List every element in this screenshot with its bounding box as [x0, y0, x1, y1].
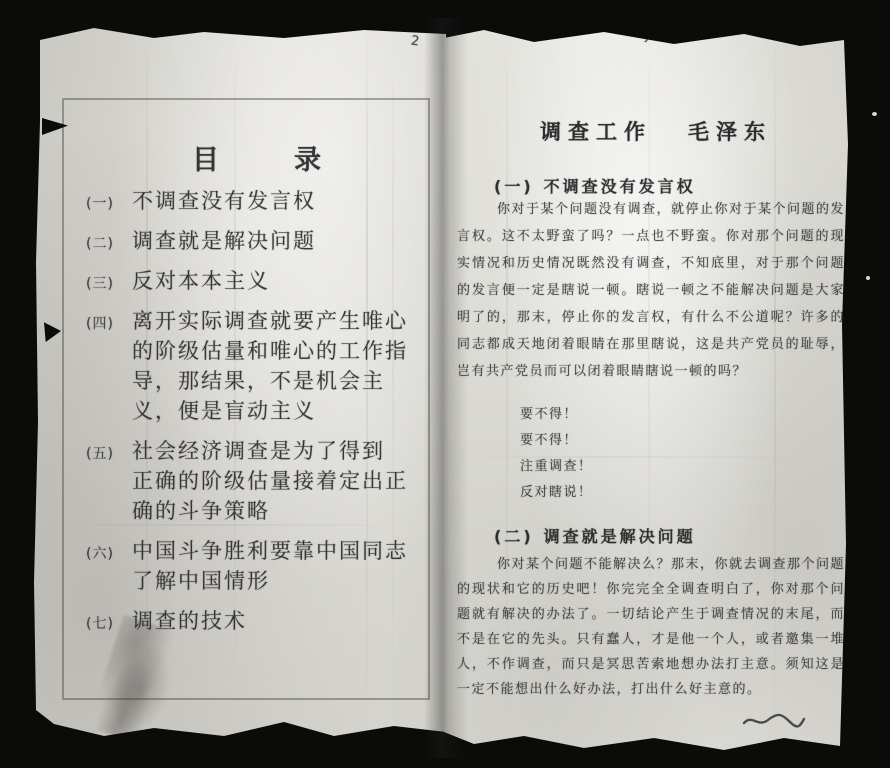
- section-2-title: 调查就是解决问题: [544, 524, 696, 547]
- dust-speck: [866, 276, 870, 280]
- document-photograph: 2 目 录 (一) 不调查没有发言权 (二) 调查就是解决问题 (三) 反对本本…: [0, 0, 890, 768]
- contents-line: 中国斗争胜利要靠中国同志: [132, 536, 436, 566]
- contents-line: 义，便是盲动主义: [132, 396, 436, 426]
- contents-item-text: 反对本本主义: [132, 266, 436, 296]
- contents-line: 的阶级估量和唯心的工作指: [132, 336, 436, 366]
- contents-item-number: (五): [86, 436, 132, 526]
- contents-item-number: (六): [86, 536, 132, 596]
- document-title-row: 调查工作 毛泽东: [540, 116, 772, 146]
- contents-item-text: 社会经济调查是为了得到正确的阶级估量接着定出正确的斗争策略: [132, 436, 436, 526]
- section-1-heading: (一) 不调查没有发言权: [494, 174, 696, 197]
- ink-flourish: [742, 712, 806, 730]
- contents-item-text: 中国斗争胜利要靠中国同志了解中国情形: [132, 536, 436, 596]
- contents-item-number: (一): [86, 186, 132, 216]
- contents-line: 导，那结果，不是机会主: [132, 366, 436, 396]
- section-2-paragraph: 你对某个问题不能解决么？那末，你就去调查那个问题的现状和它的历史吧！你完完全全调…: [457, 552, 845, 702]
- contents-line: 正确的阶级估量接着定出正: [132, 466, 436, 496]
- document-title: 调查工作: [540, 116, 652, 146]
- contents-item-text: 调查就是解决问题: [132, 226, 436, 256]
- torn-edge-notch: [44, 320, 61, 342]
- slogan-line: 反对瞎说！: [520, 480, 593, 506]
- section-1-number: (一): [494, 174, 534, 197]
- contents-item: (五) 社会经济调查是为了得到正确的阶级估量接着定出正确的斗争策略: [86, 436, 436, 526]
- document-author: 毛泽东: [688, 116, 772, 146]
- left-page: 2 目 录 (一) 不调查没有发言权 (二) 调查就是解决问题 (三) 反对本本…: [34, 22, 446, 744]
- contents-item: (三) 反对本本主义: [86, 266, 436, 296]
- section-1-paragraph: 你对于某个问题没有调查，就停止你对于某个问题的发言权。这不太野蛮了吗？一点也不野…: [457, 196, 845, 385]
- contents-item: (一) 不调查没有发言权: [86, 186, 436, 216]
- contents-item-number: (二): [86, 226, 132, 256]
- dust-speck: [872, 112, 877, 116]
- contents-item: (四) 离开实际调查就要产生唯心的阶级估量和唯心的工作指导，那结果，不是机会主义…: [86, 306, 436, 426]
- contents-item-text: 不调查没有发言权: [132, 186, 436, 216]
- contents-line: 确的斗争策略: [132, 496, 436, 526]
- slogan-line: 要不得！: [520, 402, 593, 428]
- contents-item-number: (四): [86, 306, 132, 426]
- contents-item: (六) 中国斗争胜利要靠中国同志了解中国情形: [86, 536, 436, 596]
- left-page-mark: 2: [410, 33, 420, 49]
- contents-line: 了解中国情形: [132, 566, 436, 596]
- contents-item-list: (一) 不调查没有发言权 (二) 调查就是解决问题 (三) 反对本本主义 (四)…: [86, 186, 436, 646]
- contents-line: 社会经济调查是为了得到: [132, 436, 436, 466]
- contents-item-text: 离开实际调查就要产生唯心的阶级估量和唯心的工作指导，那结果，不是机会主义，便是盲…: [132, 306, 436, 426]
- slogan-line: 注重调查！: [520, 454, 593, 480]
- contents-item-number: (三): [86, 266, 132, 296]
- section-2-heading: (二) 调查就是解决问题: [494, 524, 696, 547]
- contents-line: 离开实际调查就要产生唯心: [132, 306, 436, 336]
- contents-title: 目 录: [192, 138, 345, 177]
- fold-crease: [454, 456, 834, 458]
- right-page: y 调查工作 毛泽东 (一) 不调查没有发言权 你对于某个问题没有调查，就停止你…: [444, 24, 848, 754]
- section-2-number: (二): [494, 524, 534, 547]
- section-1-title: 不调查没有发言权: [544, 174, 696, 197]
- right-page-mark: y: [642, 28, 651, 44]
- contents-line: 不调查没有发言权: [132, 186, 436, 216]
- contents-line: 反对本本主义: [132, 266, 436, 296]
- slogan-list: 要不得！ 要不得！ 注重调查！ 反对瞎说！: [520, 402, 593, 506]
- contents-item: (二) 调查就是解决问题: [86, 226, 436, 256]
- contents-line: 调查就是解决问题: [132, 226, 436, 256]
- slogan-line: 要不得！: [520, 428, 593, 454]
